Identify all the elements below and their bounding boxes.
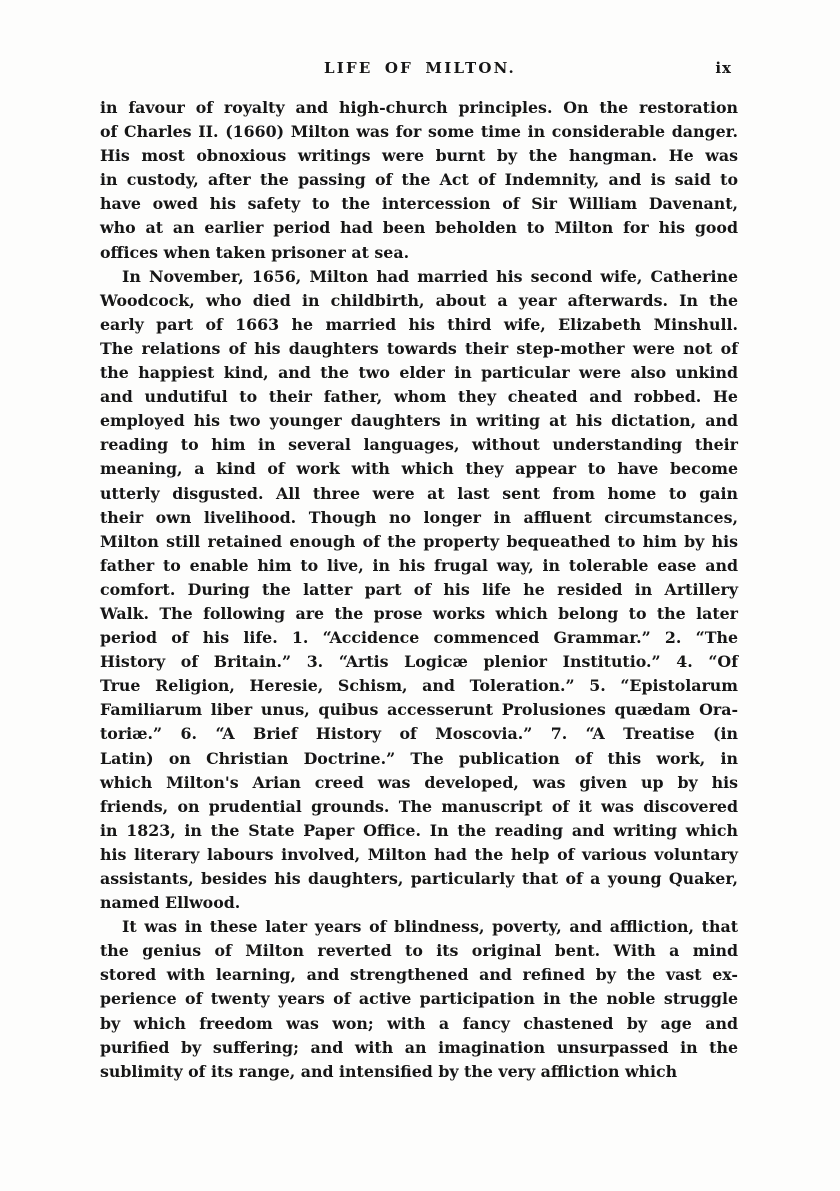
text-line: History of Britain.” 3. “Artis Logicæ pl… bbox=[100, 650, 738, 674]
text-line: It was in these later years of blindness… bbox=[100, 915, 738, 939]
text-line: by which freedom was won; with a fancy c… bbox=[100, 1012, 738, 1036]
text-line: reading to him in several languages, wit… bbox=[100, 433, 738, 457]
text-line: friends, on prudential grounds. The manu… bbox=[100, 795, 738, 819]
text-line: named Ellwood. bbox=[100, 891, 738, 915]
text-line: his literary labours involved, Milton ha… bbox=[100, 843, 738, 867]
paragraph: in favour of royalty and high-church pri… bbox=[100, 96, 738, 265]
text-line: who at an earlier period had been behold… bbox=[100, 216, 738, 240]
text-line: assistants, besides his daughters, parti… bbox=[100, 867, 738, 891]
text-line: His most obnoxious writings were burnt b… bbox=[100, 144, 738, 168]
text-line: True Religion, Heresie, Schism, and Tole… bbox=[100, 674, 738, 698]
running-title: LIFE OF MILTON. bbox=[0, 59, 840, 77]
text-line: father to enable him to live, in his fru… bbox=[100, 554, 738, 578]
text-line: which Milton's Arian creed was developed… bbox=[100, 771, 738, 795]
text-line: have owed his safety to the intercession… bbox=[100, 192, 738, 216]
text-line: offices when taken prisoner at sea. bbox=[100, 241, 738, 265]
text-line: the happiest kind, and the two elder in … bbox=[100, 361, 738, 385]
text-line: comfort. During the latter part of his l… bbox=[100, 578, 738, 602]
page-header: LIFE OF MILTON. ix bbox=[0, 59, 840, 79]
text-line: purified by suffering; and with an imagi… bbox=[100, 1036, 738, 1060]
text-line: period of his life. 1. “Accidence commen… bbox=[100, 626, 738, 650]
text-line: in favour of royalty and high-church pri… bbox=[100, 96, 738, 120]
page-number: ix bbox=[715, 59, 732, 77]
paragraph: In November, 1656, Milton had married hi… bbox=[100, 265, 738, 916]
text-line: in 1823, in the State Paper Office. In t… bbox=[100, 819, 738, 843]
text-line: and undutiful to their father, whom they… bbox=[100, 385, 738, 409]
text-line: employed his two younger daughters in wr… bbox=[100, 409, 738, 433]
text-line: toriæ.” 6. “A Brief History of Moscovia.… bbox=[100, 722, 738, 746]
text-line: meaning, a kind of work with which they … bbox=[100, 457, 738, 481]
text-line: in custody, after the passing of the Act… bbox=[100, 168, 738, 192]
text-line: stored with learning, and strengthened a… bbox=[100, 963, 738, 987]
text-line: utterly disgusted. All three were at las… bbox=[100, 482, 738, 506]
text-line: Latin) on Christian Doctrine.” The publi… bbox=[100, 747, 738, 771]
text-line: Familiarum liber unus, quibus accesserun… bbox=[100, 698, 738, 722]
text-line: sublimity of its range, and intensified … bbox=[100, 1060, 738, 1084]
body-text: in favour of royalty and high-church pri… bbox=[100, 96, 738, 1084]
text-line: perience of twenty years of active parti… bbox=[100, 987, 738, 1011]
paragraph: It was in these later years of blindness… bbox=[100, 915, 738, 1084]
text-line: of Charles II. (1660) Milton was for som… bbox=[100, 120, 738, 144]
text-line: Milton still retained enough of the prop… bbox=[100, 530, 738, 554]
book-page: LIFE OF MILTON. ix in favour of royalty … bbox=[0, 0, 840, 1191]
text-line: the genius of Milton reverted to its ori… bbox=[100, 939, 738, 963]
text-line: Woodcock, who died in childbirth, about … bbox=[100, 289, 738, 313]
text-line: The relations of his daughters towards t… bbox=[100, 337, 738, 361]
text-line: In November, 1656, Milton had married hi… bbox=[100, 265, 738, 289]
text-line: Walk. The following are the prose works … bbox=[100, 602, 738, 626]
text-line: early part of 1663 he married his third … bbox=[100, 313, 738, 337]
text-line: their own livelihood. Though no longer i… bbox=[100, 506, 738, 530]
